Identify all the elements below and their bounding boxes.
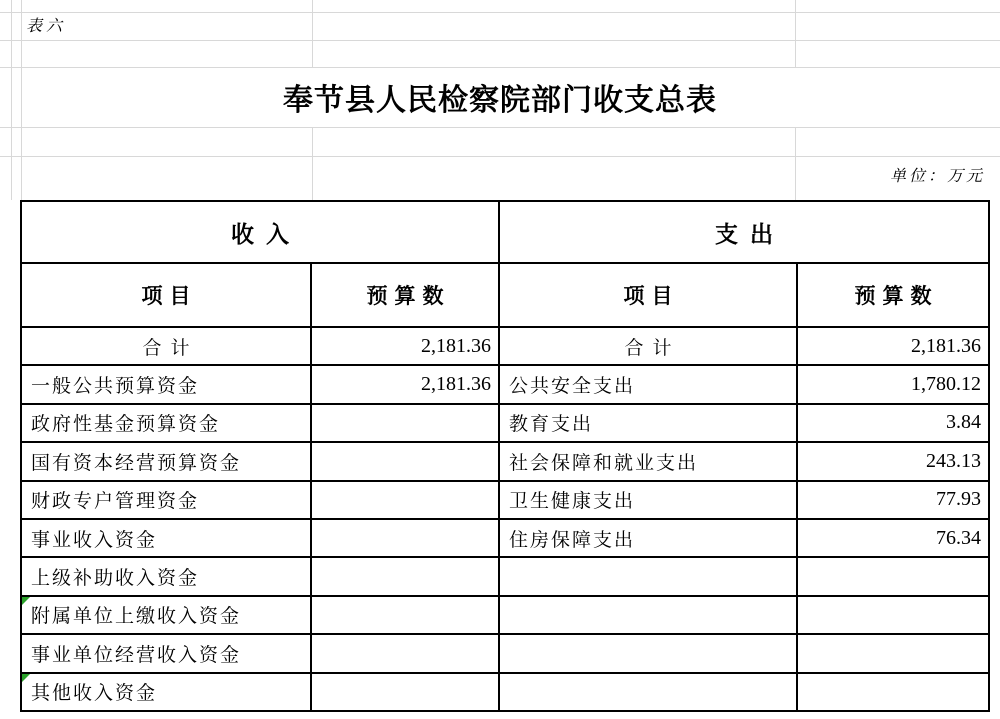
expense-budget-cell[interactable]: 76.34 bbox=[798, 520, 988, 556]
income-budget-cell[interactable] bbox=[312, 674, 498, 710]
expense-item-label: 公共安全支出 bbox=[509, 371, 635, 398]
expense-budget-cell[interactable] bbox=[798, 558, 988, 594]
expense-budget-cell[interactable] bbox=[798, 674, 988, 710]
income-item-cell[interactable]: 国有资本经营预算资金 bbox=[22, 443, 310, 479]
expense-item-cell[interactable]: 社会保障和就业支出 bbox=[500, 443, 796, 479]
gridline bbox=[795, 0, 796, 67]
income-item-label: 国有资本经营预算资金 bbox=[31, 448, 241, 475]
expense-section-header[interactable]: 支出 bbox=[500, 202, 988, 262]
page-title[interactable]: 奉节县人民检察院部门收支总表 bbox=[0, 67, 1000, 127]
income-budget-cell[interactable]: 2,181.36 bbox=[312, 328, 498, 364]
income-budget-cell[interactable] bbox=[312, 597, 498, 633]
income-budget-cell[interactable]: 2,181.36 bbox=[312, 366, 498, 402]
income-item-label: 合计 bbox=[133, 333, 198, 360]
expense-item-label: 住房保障支出 bbox=[509, 525, 635, 552]
expense-budget-cell[interactable] bbox=[798, 597, 988, 633]
income-item-label: 财政专户管理资金 bbox=[31, 486, 199, 513]
expense-item-cell[interactable] bbox=[500, 558, 796, 594]
expense-item-cell[interactable]: 住房保障支出 bbox=[500, 520, 796, 556]
income-budget-cell[interactable] bbox=[312, 405, 498, 441]
income-item-cell[interactable]: 附属单位上缴收入资金 bbox=[22, 597, 310, 633]
expense-budget-cell[interactable]: 3.84 bbox=[798, 405, 988, 441]
gridline bbox=[795, 127, 796, 200]
spreadsheet: 表六 奉节县人民检察院部门收支总表 单位：万元 收入 支出 项目 预算数 项目 … bbox=[0, 0, 1000, 719]
income-section-header[interactable]: 收入 bbox=[22, 202, 498, 262]
income-item-label: 事业单位经营收入资金 bbox=[31, 640, 241, 667]
income-item-label: 政府性基金预算资金 bbox=[31, 409, 220, 436]
expense-budget-cell[interactable] bbox=[798, 635, 988, 671]
expense-budget-cell[interactable]: 1,780.12 bbox=[798, 366, 988, 402]
income-item-cell[interactable]: 财政专户管理资金 bbox=[22, 482, 310, 518]
unit-note[interactable]: 单位：万元 bbox=[890, 156, 985, 198]
expense-item-cell[interactable] bbox=[500, 635, 796, 671]
income-budget-cell[interactable] bbox=[312, 482, 498, 518]
gridline bbox=[0, 40, 1000, 41]
expense-item-cell[interactable] bbox=[500, 597, 796, 633]
expense-item-label: 教育支出 bbox=[509, 409, 593, 436]
income-item-label: 附属单位上缴收入资金 bbox=[31, 601, 241, 628]
income-item-column-header[interactable]: 项目 bbox=[22, 264, 310, 326]
income-item-label: 其他收入资金 bbox=[31, 678, 157, 705]
income-budget-cell[interactable] bbox=[312, 443, 498, 479]
income-item-cell[interactable]: 事业收入资金 bbox=[22, 520, 310, 556]
expense-item-label: 卫生健康支出 bbox=[509, 486, 635, 513]
income-item-cell[interactable]: 政府性基金预算资金 bbox=[22, 405, 310, 441]
expense-item-cell[interactable]: 公共安全支出 bbox=[500, 366, 796, 402]
expense-item-label: 合计 bbox=[615, 333, 680, 360]
income-item-cell[interactable]: 事业单位经营收入资金 bbox=[22, 635, 310, 671]
income-item-label: 一般公共预算资金 bbox=[31, 371, 199, 398]
gridline bbox=[0, 127, 1000, 128]
income-item-cell[interactable]: 合计 bbox=[22, 328, 310, 364]
expense-item-cell[interactable]: 合计 bbox=[500, 328, 796, 364]
error-indicator-icon bbox=[22, 597, 30, 605]
expense-item-label: 社会保障和就业支出 bbox=[509, 448, 698, 475]
gridline bbox=[0, 156, 1000, 157]
table-number-label[interactable]: 表六 bbox=[26, 13, 66, 40]
expense-item-column-header[interactable]: 项目 bbox=[500, 264, 796, 326]
income-item-label: 上级补助收入资金 bbox=[31, 563, 199, 590]
expense-item-cell[interactable] bbox=[500, 674, 796, 710]
income-budget-cell[interactable] bbox=[312, 520, 498, 556]
income-budget-cell[interactable] bbox=[312, 558, 498, 594]
expense-budget-column-header[interactable]: 预算数 bbox=[798, 264, 988, 326]
budget-table: 收入 支出 项目 预算数 项目 预算数 合计 2,181.36 合计 2,181… bbox=[20, 200, 990, 712]
expense-item-cell[interactable]: 卫生健康支出 bbox=[500, 482, 796, 518]
income-item-cell[interactable]: 上级补助收入资金 bbox=[22, 558, 310, 594]
gridline bbox=[0, 12, 1000, 13]
expense-budget-cell[interactable]: 2,181.36 bbox=[798, 328, 988, 364]
income-item-cell[interactable]: 一般公共预算资金 bbox=[22, 366, 310, 402]
gridline bbox=[312, 127, 313, 200]
income-budget-column-header[interactable]: 预算数 bbox=[312, 264, 498, 326]
expense-budget-cell[interactable]: 77.93 bbox=[798, 482, 988, 518]
expense-budget-cell[interactable]: 243.13 bbox=[798, 443, 988, 479]
income-item-label: 事业收入资金 bbox=[31, 525, 157, 552]
expense-item-cell[interactable]: 教育支出 bbox=[500, 405, 796, 441]
gridline bbox=[312, 0, 313, 67]
income-item-cell[interactable]: 其他收入资金 bbox=[22, 674, 310, 710]
error-indicator-icon bbox=[22, 674, 30, 682]
income-budget-cell[interactable] bbox=[312, 635, 498, 671]
